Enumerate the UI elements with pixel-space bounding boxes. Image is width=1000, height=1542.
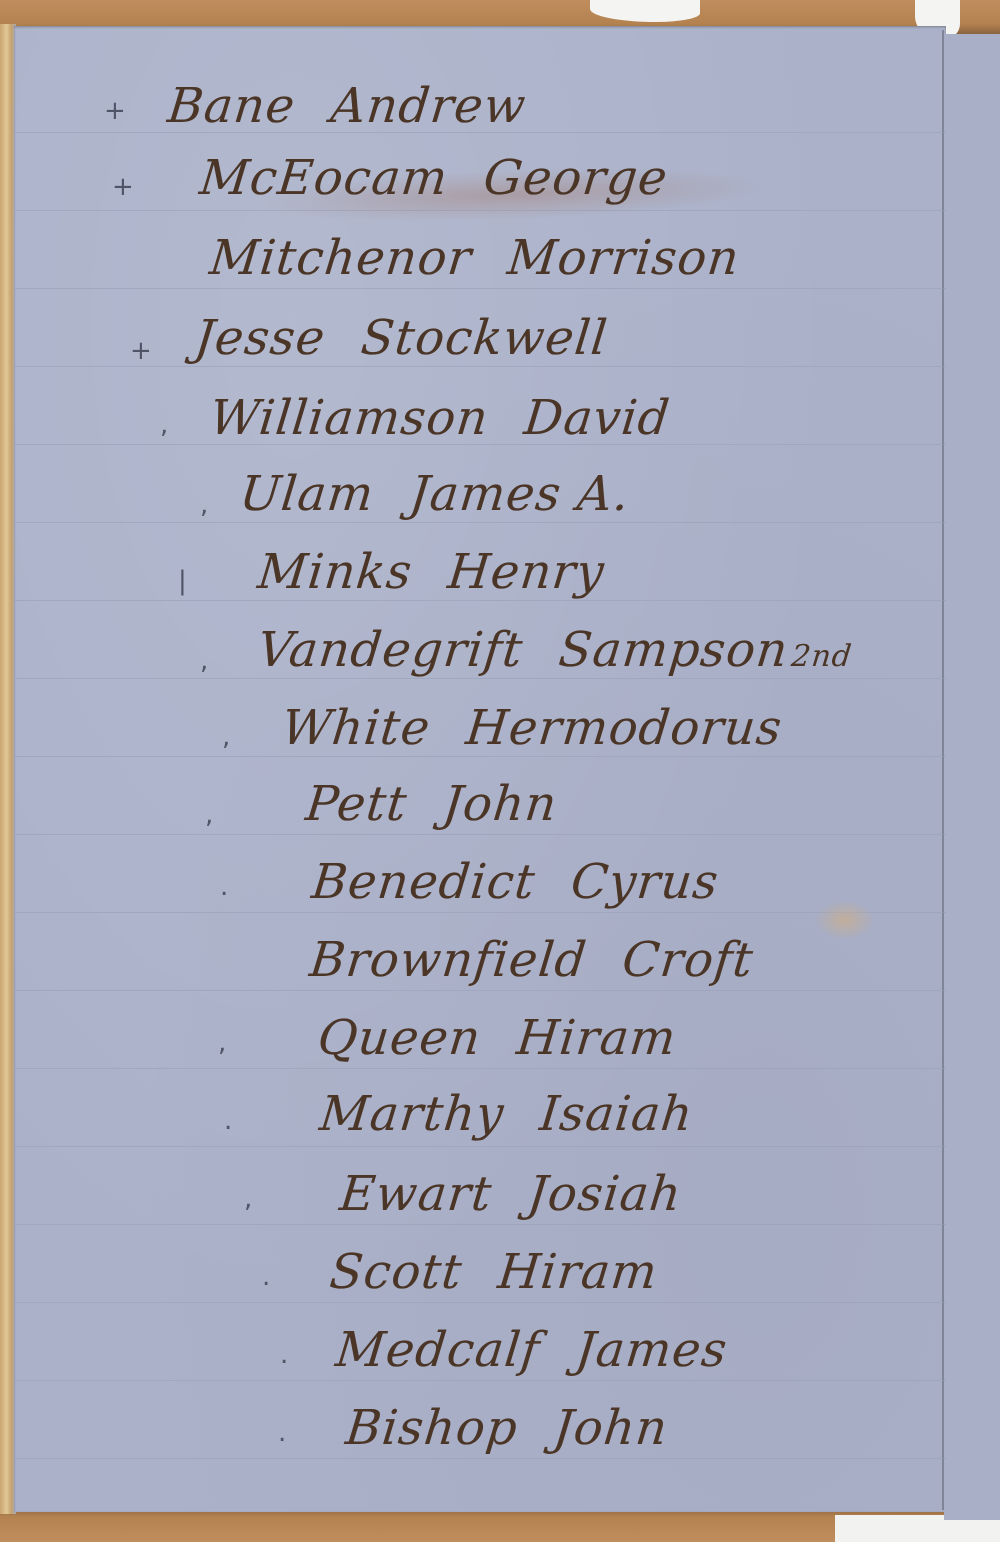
margin-mark: ,	[205, 800, 213, 830]
margin-mark: ,	[160, 410, 168, 440]
ruled-line	[14, 366, 946, 367]
surname: Scott	[327, 1244, 465, 1300]
ruled-line	[14, 1458, 946, 1459]
ruled-line	[14, 912, 946, 913]
surname: Ewart	[337, 1166, 495, 1222]
ruled-line	[14, 678, 946, 679]
margin-mark: +	[130, 336, 152, 366]
name-entry: QueenHiram	[315, 1010, 679, 1066]
given-name: Croft	[620, 932, 757, 988]
name-suffix: 2nd	[790, 639, 854, 674]
name-entry: BishopJohn	[343, 1400, 671, 1456]
surname: Vandegrift	[255, 622, 526, 678]
surname: Medcalf	[333, 1322, 543, 1378]
page-gutter	[942, 30, 944, 1510]
margin-mark: .	[278, 1418, 286, 1448]
ruled-line	[14, 1224, 946, 1225]
name-entry: JesseStockwell	[192, 310, 610, 366]
name-entry: BaneAndrew	[165, 78, 529, 134]
given-name: Morrison	[505, 230, 743, 286]
ruled-line	[14, 1068, 946, 1069]
ruled-line	[14, 1302, 946, 1303]
margin-mark: +	[112, 172, 134, 202]
surname: Bishop	[343, 1400, 521, 1456]
surname: White	[279, 700, 433, 756]
given-name: Henry	[445, 544, 607, 600]
given-name: Stockwell	[358, 310, 610, 366]
name-entry: UlamJames A.	[237, 466, 632, 522]
given-name: Cyrus	[568, 854, 721, 910]
surname: Pett	[303, 776, 410, 832]
given-name: Hiram	[495, 1244, 660, 1300]
name-entry: WhiteHermodorus	[279, 700, 785, 756]
surname: Minks	[255, 544, 415, 600]
margin-mark: .	[224, 1106, 232, 1136]
surname: Bane	[165, 78, 298, 134]
name-entry: MitchenorMorrison	[207, 230, 742, 286]
margin-mark: |	[178, 566, 187, 596]
given-name: John	[440, 776, 560, 832]
name-entry: WilliamsonDavid	[207, 390, 673, 446]
name-entry: BenedictCyrus	[309, 854, 721, 910]
ruled-line	[14, 990, 946, 991]
ruled-line	[14, 834, 946, 835]
facing-page	[944, 34, 1000, 1520]
given-name: Andrew	[328, 78, 529, 134]
surname: Marthy	[317, 1086, 507, 1142]
surname: McEocam	[197, 150, 451, 206]
given-name: David	[522, 390, 673, 446]
ruled-line	[14, 600, 946, 601]
given-name: Sampson	[556, 622, 791, 678]
name-entry: MedcalfJames	[333, 1322, 730, 1378]
name-entry: VandegriftSampson2nd	[255, 622, 856, 678]
name-entry: MinksHenry	[255, 544, 607, 600]
surname: Ulam	[237, 466, 377, 522]
given-name: Hiram	[514, 1010, 679, 1066]
margin-mark: ,	[222, 722, 230, 752]
margin-mark: .	[280, 1340, 288, 1370]
name-entry: EwartJosiah	[337, 1166, 685, 1222]
name-entry: McEocamGeorge	[197, 150, 671, 206]
margin-mark: ,	[200, 646, 208, 676]
margin-mark: ,	[218, 1028, 226, 1058]
name-entry: BrownfieldCroft	[307, 932, 756, 988]
surname: Benedict	[309, 854, 538, 910]
name-entry: MarthyIsaiah	[317, 1086, 696, 1142]
ruled-line	[14, 288, 946, 289]
given-name: Hermodorus	[463, 700, 785, 756]
surname: Williamson	[207, 390, 491, 446]
ruled-line	[14, 1146, 946, 1147]
surname: Mitchenor	[207, 230, 475, 286]
surname: Brownfield	[307, 932, 590, 988]
given-name: James	[573, 1322, 730, 1378]
name-entry: PettJohn	[303, 776, 560, 832]
ruled-line	[14, 522, 946, 523]
name-entry: ScottHiram	[327, 1244, 660, 1300]
given-name: James A.	[407, 466, 632, 522]
water-stain	[815, 900, 875, 940]
surname: Queen	[315, 1010, 484, 1066]
margin-mark: .	[262, 1262, 270, 1292]
ruled-line	[14, 1380, 946, 1381]
margin-mark: ,	[200, 490, 208, 520]
margin-mark: +	[104, 96, 126, 126]
margin-mark: ,	[244, 1184, 252, 1214]
given-name: George	[481, 150, 671, 206]
ruled-line	[14, 756, 946, 757]
given-name: John	[551, 1400, 671, 1456]
surname: Jesse	[192, 310, 328, 366]
given-name: Josiah	[525, 1166, 685, 1222]
margin-mark: .	[220, 872, 228, 902]
given-name: Isaiah	[537, 1086, 696, 1142]
